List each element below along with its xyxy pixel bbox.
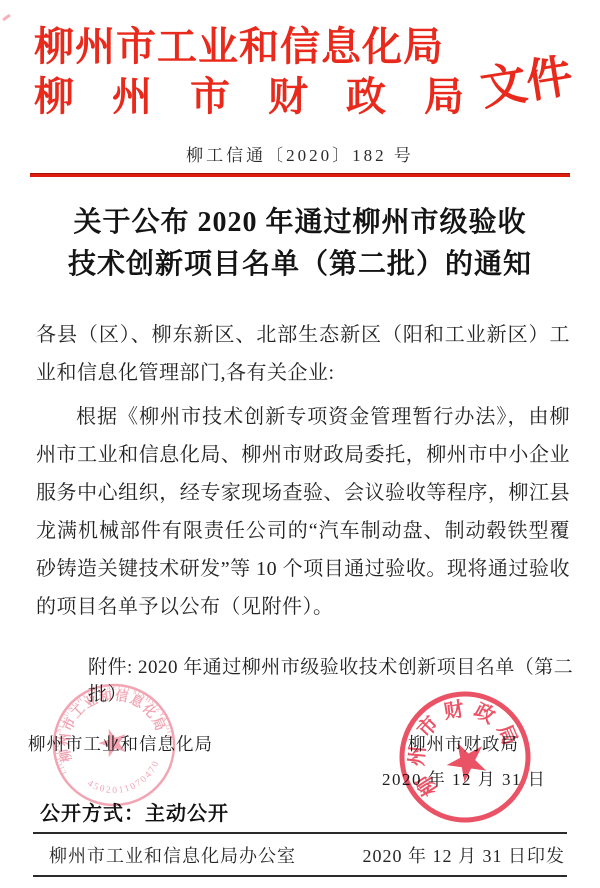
doc-reference-number: 柳工信通〔2020〕182 号 — [0, 141, 600, 166]
letterhead: 柳州市工业和信息化局 柳 州 市 财 政 局 文件 — [0, 0, 600, 122]
title-line-2: 技术创新项目名单（第二批）的通知 — [0, 244, 600, 286]
print-date: 2020 年 12 月 31 日印发 — [363, 842, 568, 868]
agency2-char: 政 — [346, 72, 386, 122]
agency2-char: 财 — [268, 72, 308, 122]
signature-date: 2020 年 12 月 31 日 — [382, 765, 546, 790]
agency2-char: 局 — [424, 72, 464, 122]
signature-right-agency: 柳州市财政局 — [408, 731, 519, 756]
main-paragraph: 根据《柳州市技术创新专项资金管理暂行办法》，由柳州市工业和信息化局、柳州市财政局… — [36, 398, 570, 626]
doc-type-label: 文件 — [475, 39, 576, 119]
agency2-char: 市 — [190, 72, 230, 122]
agency2-char: 柳 — [34, 72, 74, 122]
document-page: 柳州市工业和信息化局 柳 州 市 财 政 局 文件 柳工信通〔2020〕182 … — [0, 0, 600, 888]
agency2-char: 州 — [112, 72, 152, 122]
agency-names: 柳州市工业和信息化局 柳 州 市 财 政 局 — [34, 22, 464, 122]
issuing-office: 柳州市工业和信息化局办公室 — [33, 842, 296, 868]
footer-rule-bottom — [33, 875, 567, 877]
attachment-line: 附件: 2020 年通过柳州市级验收技术创新项目名单（第二批） — [88, 652, 580, 706]
publicity-method: 公开方式：主动公开 — [40, 797, 229, 826]
signature-left-agency: 柳州市工业和信息化局 — [28, 731, 213, 756]
document-body: 各县（区）、柳东新区、北部生态新区（阳和工业新区）工业和信息化管理部门,各有关企… — [36, 316, 570, 626]
red-separator-rule — [30, 173, 570, 177]
agency-name-finance-bureau: 柳 州 市 财 政 局 — [34, 72, 464, 122]
footer-row: 柳州市工业和信息化局办公室 2020 年 12 月 31 日印发 — [33, 842, 567, 868]
salutation-paragraph: 各县（区）、柳东新区、北部生态新区（阳和工业新区）工业和信息化管理部门,各有关企… — [36, 316, 570, 392]
agency-name-industry-bureau: 柳州市工业和信息化局 — [34, 22, 464, 72]
footer-rule-top — [33, 832, 567, 834]
title-line-1: 关于公布 2020 年通过柳州市级验收 — [0, 202, 600, 244]
document-title: 关于公布 2020 年通过柳州市级验收 技术创新项目名单（第二批）的通知 — [0, 202, 600, 286]
